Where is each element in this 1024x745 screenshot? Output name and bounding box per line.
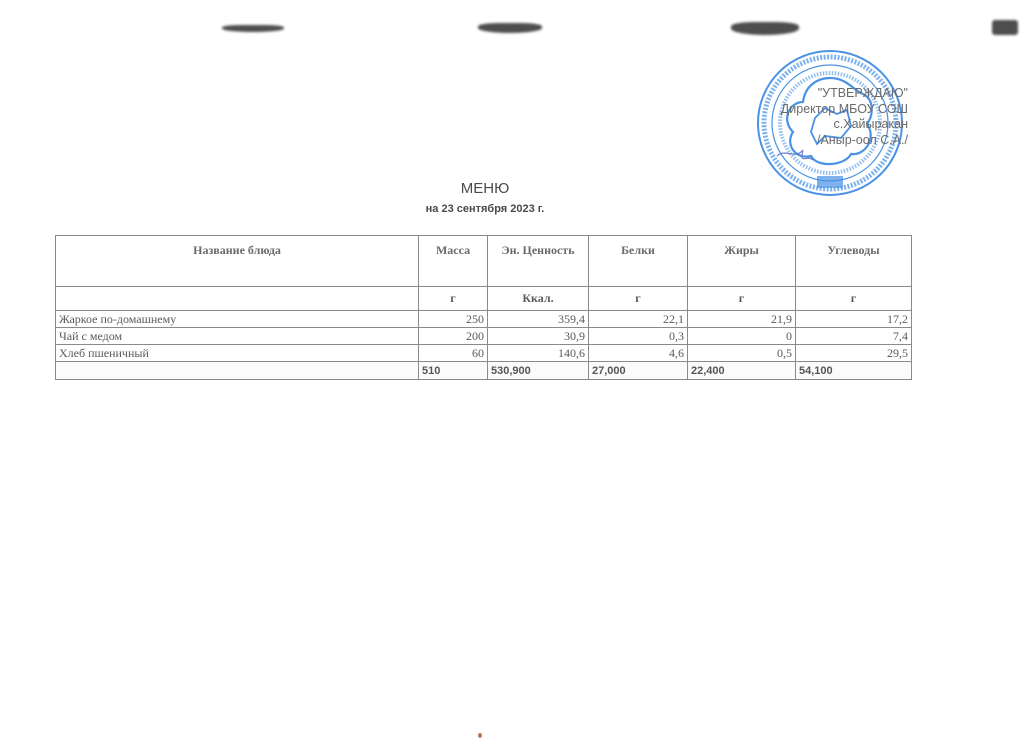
scan-artifact <box>992 20 1018 35</box>
header-fat: Жиры <box>688 236 796 287</box>
header-dish-name: Название блюда <box>56 236 419 287</box>
table-row: Хлеб пшеничный 60 140,6 4,6 0,5 29,5 <box>56 345 912 362</box>
approval-block: "УТВЕРЖДАЮ" Директор МБОУ СОШ с.Хайырака… <box>781 86 908 148</box>
table-header-row: Название блюда Масса Эн. Ценность Белки … <box>56 236 912 287</box>
table-total-row: 510 530,900 27,000 22,400 54,100 <box>56 362 912 380</box>
header-energy: Эн. Ценность <box>488 236 589 287</box>
dish-protein: 4,6 <box>589 345 688 362</box>
table-units-row: г Ккал. г г г <box>56 287 912 311</box>
approval-location: с.Хайыракан <box>781 117 908 133</box>
dish-energy: 140,6 <box>488 345 589 362</box>
dish-carbs: 29,5 <box>796 345 912 362</box>
dish-fat: 21,9 <box>688 311 796 328</box>
total-label <box>56 362 419 380</box>
menu-date: на 23 сентября 2023 г. <box>0 203 970 215</box>
table-row: Чай с медом 200 30,9 0,3 0 7,4 <box>56 328 912 345</box>
scan-artifact <box>731 22 799 35</box>
dish-carbs: 7,4 <box>796 328 912 345</box>
total-mass: 510 <box>419 362 488 380</box>
menu-table: Название блюда Масса Эн. Ценность Белки … <box>55 235 912 380</box>
dish-protein: 22,1 <box>589 311 688 328</box>
dish-fat: 0 <box>688 328 796 345</box>
dish-mass: 200 <box>419 328 488 345</box>
table-row: Жаркое по-домашнему 250 359,4 22,1 21,9 … <box>56 311 912 328</box>
approval-position: Директор МБОУ СОШ <box>781 102 908 118</box>
approval-signatory: /Аныр-оол С.А./ <box>781 133 908 149</box>
approval-heading: "УТВЕРЖДАЮ" <box>781 86 908 102</box>
unit-cell: г <box>589 287 688 311</box>
scan-artifact <box>222 25 284 32</box>
dish-name: Жаркое по-домашнему <box>56 311 419 328</box>
dish-energy: 30,9 <box>488 328 589 345</box>
page-title: МЕНЮ <box>0 180 970 197</box>
dish-energy: 359,4 <box>488 311 589 328</box>
scan-artifact <box>478 23 542 33</box>
header-carbs: Углеводы <box>796 236 912 287</box>
dish-carbs: 17,2 <box>796 311 912 328</box>
dish-mass: 250 <box>419 311 488 328</box>
scan-artifact <box>478 733 482 738</box>
total-energy: 530,900 <box>488 362 589 380</box>
unit-cell: г <box>419 287 488 311</box>
unit-cell: Ккал. <box>488 287 589 311</box>
dish-protein: 0,3 <box>589 328 688 345</box>
header-mass: Масса <box>419 236 488 287</box>
header-protein: Белки <box>589 236 688 287</box>
dish-fat: 0,5 <box>688 345 796 362</box>
total-protein: 27,000 <box>589 362 688 380</box>
unit-cell: г <box>688 287 796 311</box>
dish-name: Чай с медом <box>56 328 419 345</box>
dish-name: Хлеб пшеничный <box>56 345 419 362</box>
dish-mass: 60 <box>419 345 488 362</box>
unit-cell <box>56 287 419 311</box>
unit-cell: г <box>796 287 912 311</box>
total-carbs: 54,100 <box>796 362 912 380</box>
total-fat: 22,400 <box>688 362 796 380</box>
